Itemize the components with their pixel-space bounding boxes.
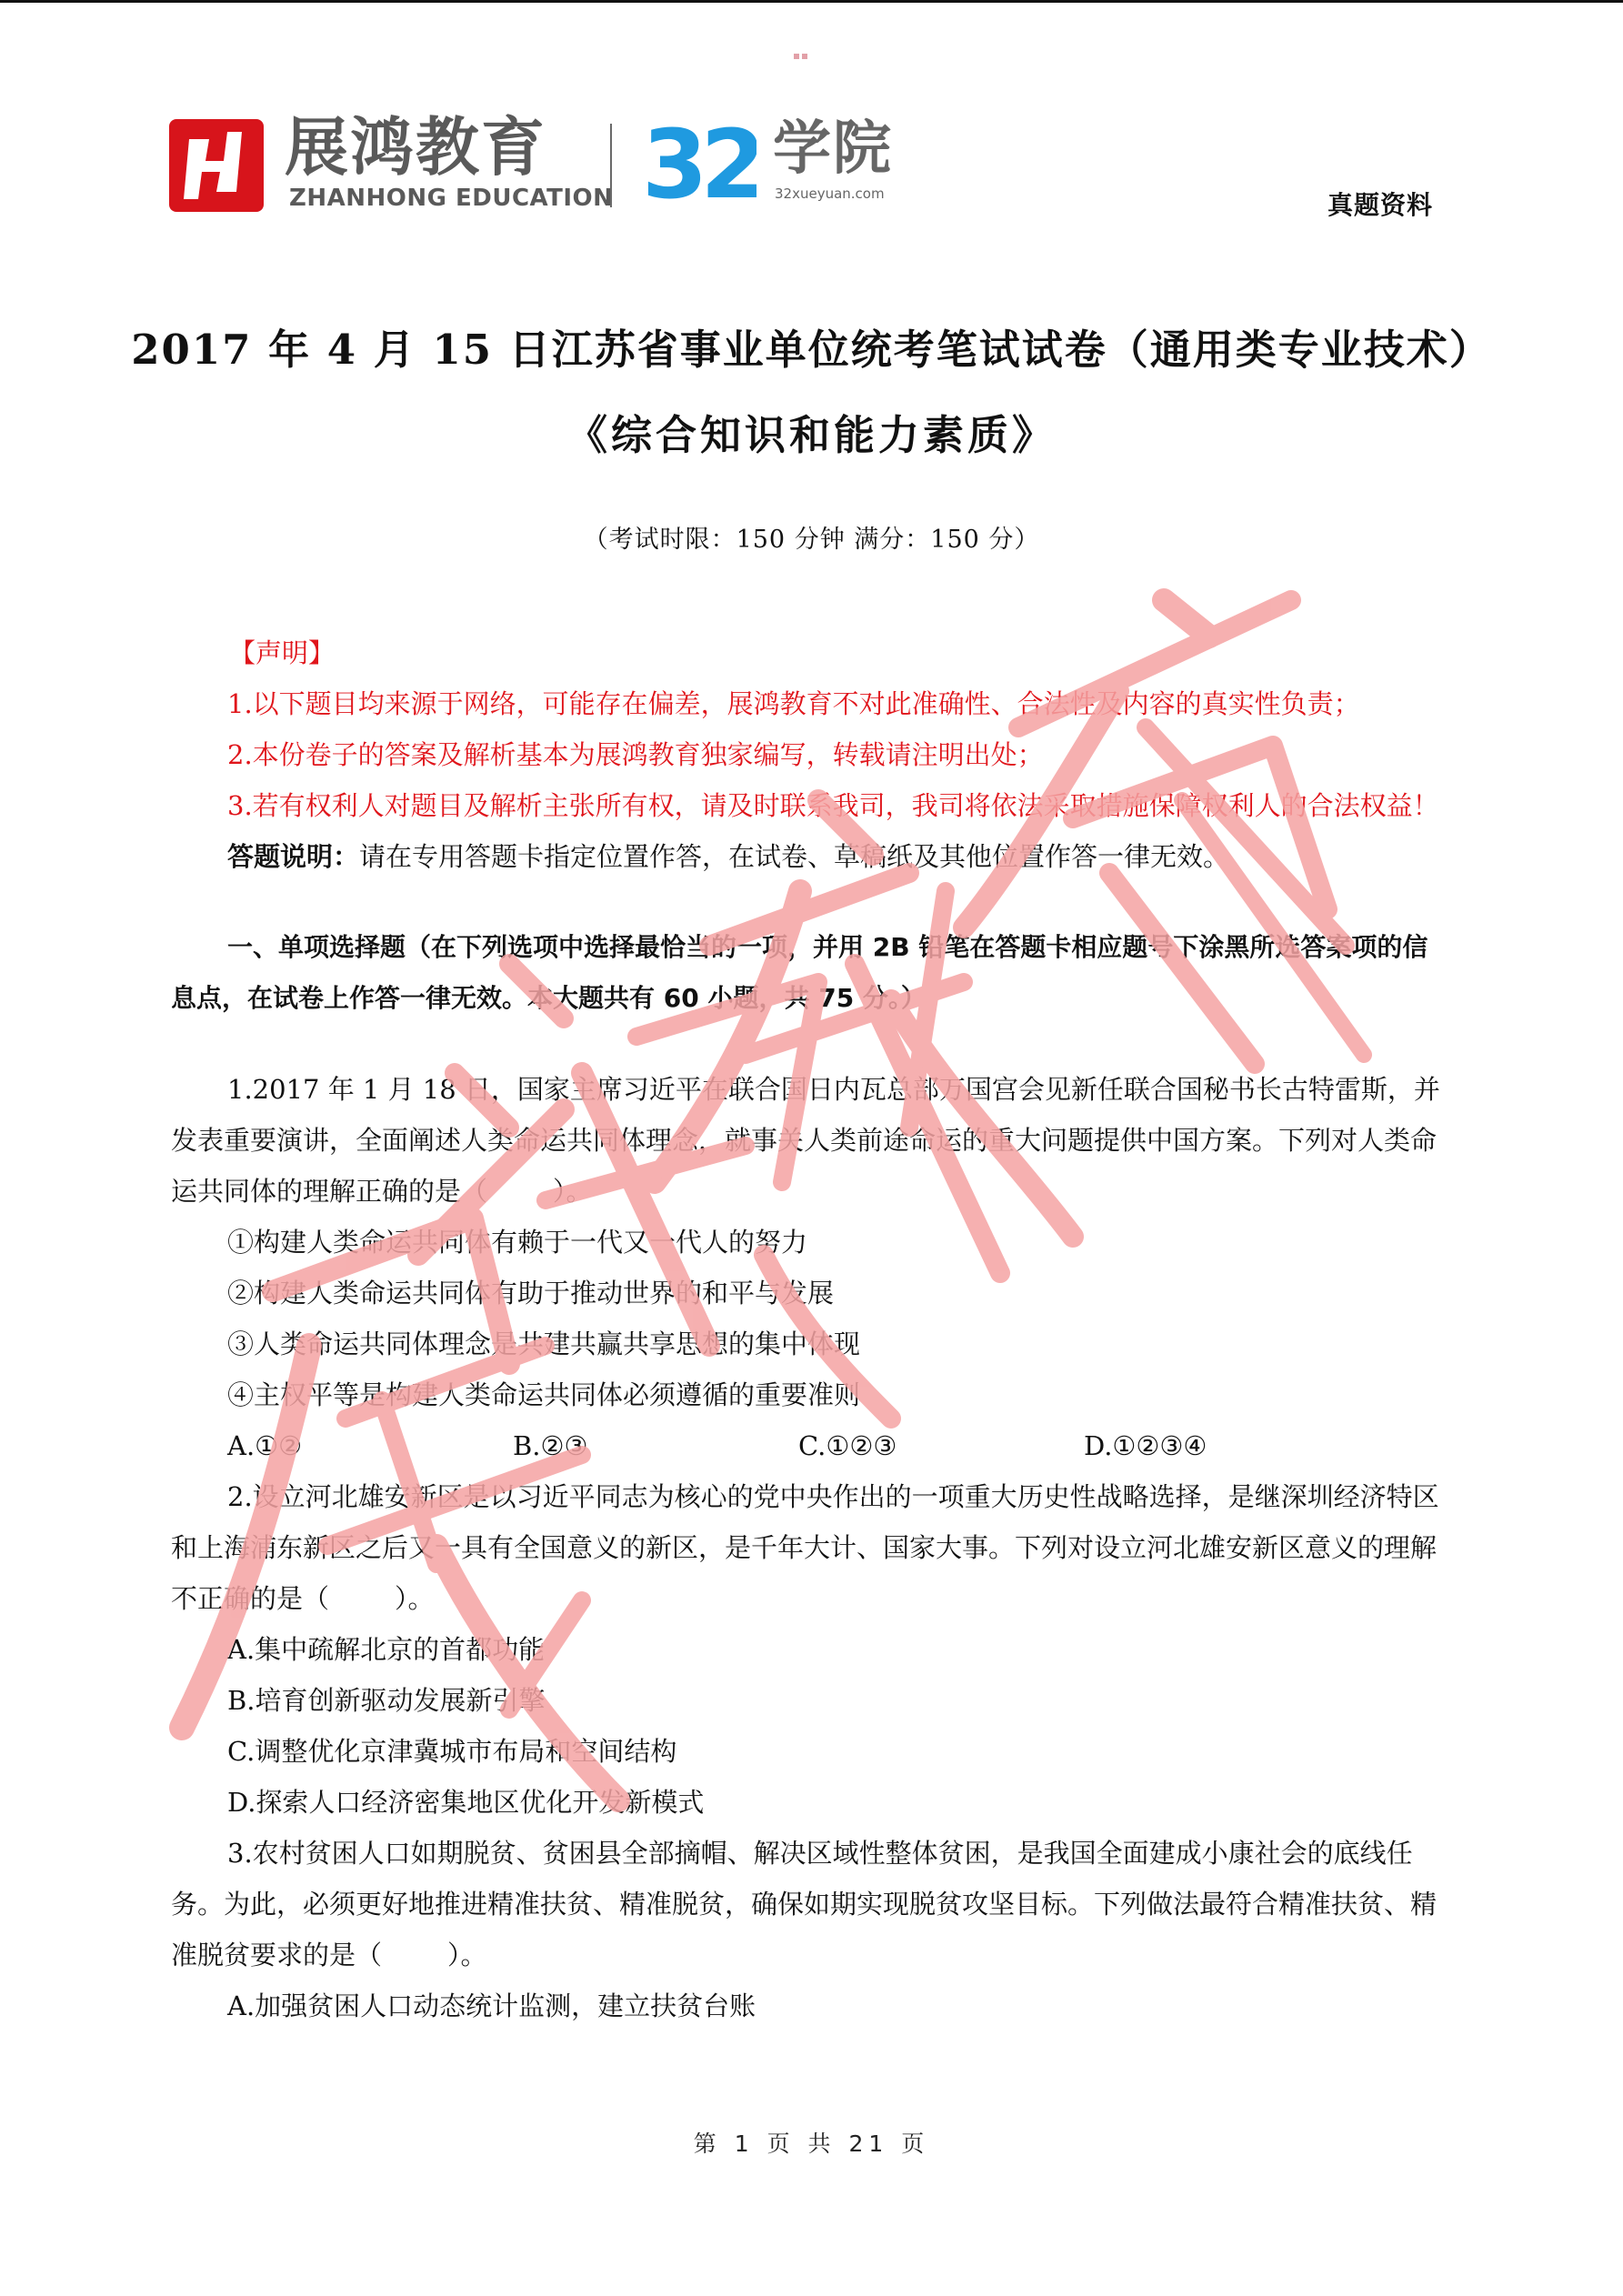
question-stem-end: ）。 <box>395 1583 435 1614</box>
option-d: D.①②③④ <box>1084 1420 1207 1471</box>
question-stem-end: ）。 <box>447 1940 487 1970</box>
disclaimer-item: 2.本份卷子的答案及解析基本为展鸿教育独家编写，转载请注明出处； <box>171 729 1453 780</box>
svg-text:32: 32 <box>642 123 756 206</box>
partner-name-cn: 学院 <box>773 115 893 184</box>
statement: ④主权平等是构建人类命运共同体必须遵循的重要准则 <box>171 1369 1453 1420</box>
question-stem-text: 1.2017 年 1 月 18 日，国家主席习近平在联合国日内瓦总部万国宫会见新… <box>171 1074 1440 1207</box>
statement: ②构建人类命运共同体有助于推动世界的和平与发展 <box>171 1268 1453 1318</box>
document-body: 【声明】 1.以下题目均来源于网络，可能存在偏差，展鸿教育不对此准确性、合法性及… <box>171 627 1453 2031</box>
disclaimer-item: 3.若有权利人对题目及解析主张所有权，请及时联系我司，我司将依法采取措施保障权利… <box>171 780 1453 831</box>
option-b: B.培育创新驱动发展新引擎 <box>171 1675 1453 1726</box>
instructions-text: 请在专用答题卡指定位置作答，在试卷、草稿纸及其他位置作答一律无效。 <box>359 841 1229 872</box>
question-1: 1.2017 年 1 月 18 日，国家主席习近平在联合国日内瓦总部万国宫会见新… <box>171 1064 1453 1471</box>
question-2: 2.设立河北雄安新区是以习近平同志为核心的党中央作出的一项重大历史性战略选择，是… <box>171 1471 1453 1828</box>
question-stem-end: ）。 <box>553 1176 593 1207</box>
question-stem-text: 2.设立河北雄安新区是以习近平同志为核心的党中央作出的一项重大历史性战略选择，是… <box>171 1481 1439 1614</box>
option-b: B.②③ <box>513 1420 798 1471</box>
instructions-label: 答题说明： <box>227 841 359 872</box>
brand-name-en: ZHANHONG EDUCATION <box>289 185 613 212</box>
question-stem-text: 3.农村贫困人口如期脱贫、贫困县全部摘帽、解决区域性整体贫困，是我国全面建成小康… <box>171 1838 1437 1970</box>
options-row: A.①② B.②③ C.①②③ D.①②③④ <box>171 1420 1453 1471</box>
statement: ③人类命运共同体理念是共建共赢共享思想的集中体现 <box>171 1318 1453 1369</box>
brand-name-cn: 展鸿教育 <box>285 109 546 185</box>
page-title: 2017 年 4 月 15 日江苏省事业单位统考笔试试卷（通用类专业技术） <box>0 316 1623 376</box>
question-stem: 3.农村贫困人口如期脱贫、贫困县全部摘帽、解决区域性整体贫困，是我国全面建成小康… <box>171 1828 1453 1980</box>
logo-divider <box>610 124 612 207</box>
partner-url: 32xueyuan.com <box>775 185 885 202</box>
option-a: A.集中疏解北京的首都功能 <box>171 1624 1453 1675</box>
option-c: C.①②③ <box>798 1420 1084 1471</box>
option-a: A.①② <box>227 1420 513 1471</box>
option-c: C.调整优化京津冀城市布局和空间结构 <box>171 1726 1453 1777</box>
question-stem: 1.2017 年 1 月 18 日，国家主席习近平在联合国日内瓦总部万国宫会见新… <box>171 1064 1453 1217</box>
exam-info: （考试时限：150 分钟 满分：150 分） <box>0 519 1623 555</box>
32-logo-icon: 32 <box>642 123 756 206</box>
disclaimer-item: 1.以下题目均来源于网络，可能存在偏差，展鸿教育不对此准确性、合法性及内容的真实… <box>171 678 1453 729</box>
section-heading: 一、单项选择题（在下列选项中选择最恰当的一项，并用 2B 铅笔在答题卡相应题号下… <box>171 922 1453 1024</box>
option-a: A.加强贫困人口动态统计监测，建立扶贫台账 <box>171 1980 1453 2031</box>
page-number: 第 1 页 共 21 页 <box>0 2126 1623 2159</box>
disclaimer-heading: 【声明】 <box>171 627 1453 678</box>
page-subtitle: 《综合知识和能力素质》 <box>0 402 1623 461</box>
option-d: D.探索人口经济密集地区优化开发新模式 <box>171 1777 1453 1828</box>
zhanhong-h-logo-icon <box>169 119 264 212</box>
question-3: 3.农村贫困人口如期脱贫、贫困县全部摘帽、解决区域性整体贫困，是我国全面建成小康… <box>171 1828 1453 2031</box>
instructions: 答题说明：请在专用答题卡指定位置作答，在试卷、草稿纸及其他位置作答一律无效。 <box>171 831 1453 882</box>
question-stem: 2.设立河北雄安新区是以习近平同志为核心的党中央作出的一项重大历史性战略选择，是… <box>171 1471 1453 1624</box>
page-header: 展鸿教育 ZHANHONG EDUCATION 32 学院 32xueyuan.… <box>0 0 1623 236</box>
statement: ①构建人类命运共同体有赖于一代又一代人的努力 <box>171 1217 1453 1268</box>
doc-type-tag: 真题资料 <box>1327 185 1433 222</box>
